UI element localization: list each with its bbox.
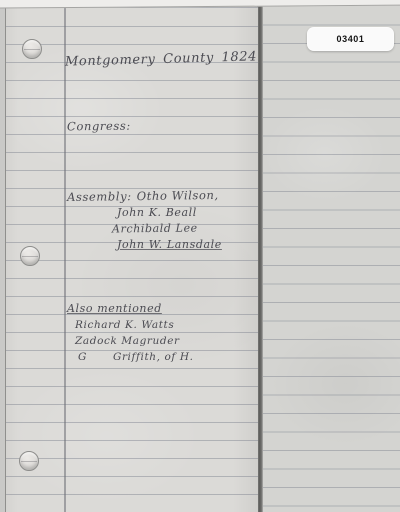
assembly-member: John K. Beall bbox=[117, 206, 197, 219]
also-mentioned-heading: Also mentioned bbox=[67, 302, 162, 315]
scanned-notebook-document: 03401 Montgomery County 1824 Congress: A… bbox=[0, 0, 400, 512]
partial-name-initial: G bbox=[78, 351, 87, 363]
margin-line bbox=[64, 7, 66, 512]
hole-punch-top bbox=[22, 39, 42, 59]
hole-punch-bottom bbox=[19, 451, 39, 471]
catalog-sticker: 03401 bbox=[307, 27, 394, 51]
assembly-heading: Assembly: bbox=[67, 189, 132, 204]
assembly-heading-line: Assembly:Otho Wilson, bbox=[67, 188, 219, 204]
ruled-lines bbox=[6, 7, 258, 512]
notebook-page bbox=[6, 7, 258, 512]
back-page bbox=[263, 0, 400, 512]
assembly-member: John W. Lansdale bbox=[117, 238, 222, 251]
congress-heading: Congress: bbox=[67, 119, 131, 134]
mentioned-name: Richard K. Watts bbox=[75, 319, 174, 331]
hole-punch-middle bbox=[20, 246, 40, 266]
mentioned-name-partial: G Griffith, of H. bbox=[78, 351, 194, 363]
ruled-lines-back bbox=[263, 0, 400, 512]
assembly-member: Archibald Lee bbox=[112, 221, 198, 235]
partial-name-rest: Griffith, of H. bbox=[113, 351, 194, 363]
mentioned-name: Zadock Magruder bbox=[75, 335, 180, 347]
catalog-number: 03401 bbox=[336, 34, 364, 44]
assembly-member: Otho Wilson, bbox=[137, 188, 219, 203]
